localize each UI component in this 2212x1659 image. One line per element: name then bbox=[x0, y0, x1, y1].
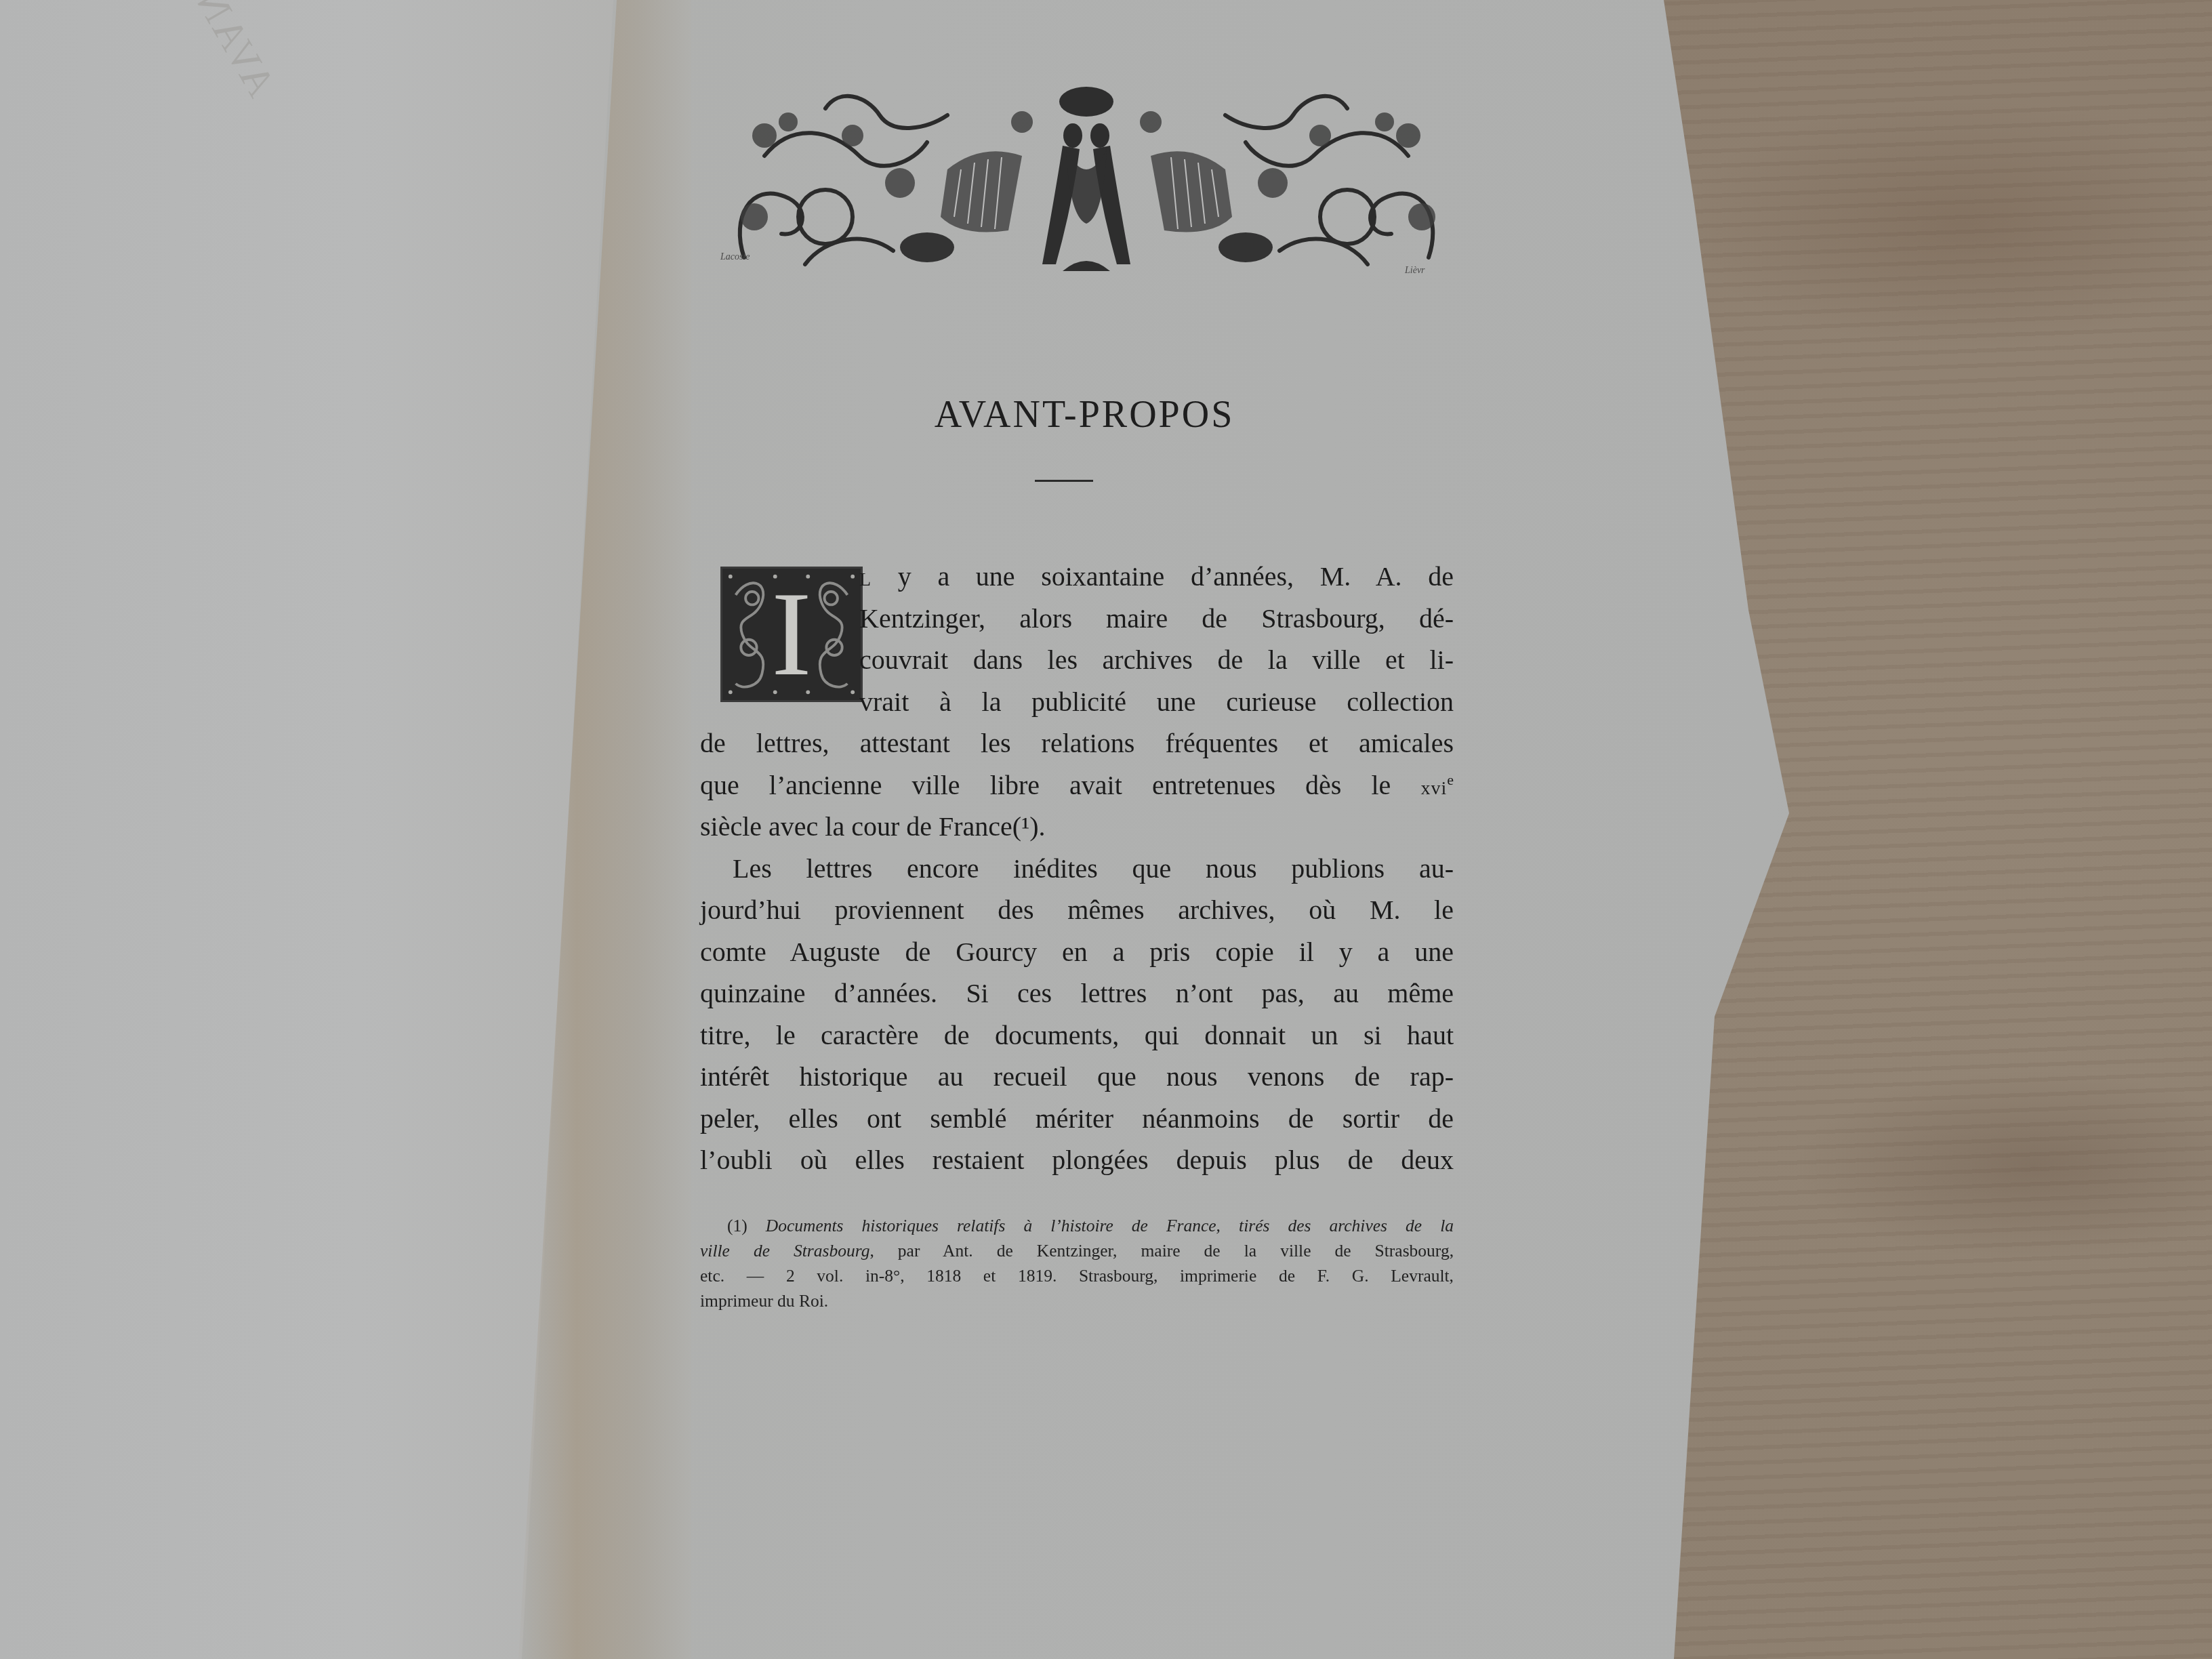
text-line: jourd’hui proviennent des mêmes archives… bbox=[700, 889, 1454, 931]
text-line: L y a une soixantaine d’années, M. A. de bbox=[700, 556, 1454, 598]
text-line: titre, le caractère de documents, qui do… bbox=[700, 1015, 1454, 1057]
text-line: peler, elles ont semblé mériter néanmoin… bbox=[700, 1098, 1454, 1140]
text-line: intérêt historique au recueil que nous v… bbox=[700, 1056, 1454, 1098]
text-line: que l’ancienne ville libre avait entrete… bbox=[700, 764, 1454, 806]
engraver-signature-left: Lacoste bbox=[720, 252, 750, 263]
text-line: couvrait dans les archives de la ville e… bbox=[700, 639, 1454, 681]
text-line: l’oubli où elles restaient plongées depu… bbox=[700, 1139, 1454, 1181]
text-line: quinzaine d’années. Si ces lettres n’ont… bbox=[700, 972, 1454, 1015]
footnote-line: imprimeur du Roi. bbox=[700, 1288, 1454, 1313]
footnote-reference: (¹) bbox=[1012, 811, 1039, 842]
text-line: de lettres, attestant les relations fréq… bbox=[700, 722, 1454, 764]
body-text: L y a une soixantaine d’années, M. A. de… bbox=[700, 556, 1454, 1181]
text-line: Les lettres encore inédites que nous pub… bbox=[700, 848, 1454, 890]
page-content: Lacoste Lièvr AVANT-PROPOS I L y a une s… bbox=[0, 0, 2212, 1659]
headpiece-ornament-icon: Lacoste Lièvr bbox=[724, 81, 1449, 278]
footnote-number: (1) bbox=[727, 1216, 747, 1235]
footnote-line: etc. — 2 vol. in-8°, 1818 et 1819. Stras… bbox=[700, 1263, 1454, 1288]
footnote: (1) Documents historiques relatifs à l’h… bbox=[700, 1213, 1454, 1313]
footnote-line: ville de Strasbourg, par Ant. de Kentzin… bbox=[700, 1238, 1454, 1263]
text-line: comte Auguste de Gourcy en a pris copie … bbox=[700, 931, 1454, 973]
text-line: vrait à la publicité une curieuse collec… bbox=[700, 681, 1454, 723]
page-title: AVANT-PROPOS bbox=[745, 393, 1423, 436]
text-line: Kentzinger, alors maire de Strasbourg, d… bbox=[700, 598, 1454, 640]
title-rule-divider bbox=[1035, 480, 1093, 482]
footnote-line: (1) Documents historiques relatifs à l’h… bbox=[700, 1213, 1454, 1238]
text-line: siècle avec la cour de France(¹). bbox=[700, 806, 1454, 848]
engraver-signature-right: Lièvr bbox=[1405, 266, 1425, 276]
